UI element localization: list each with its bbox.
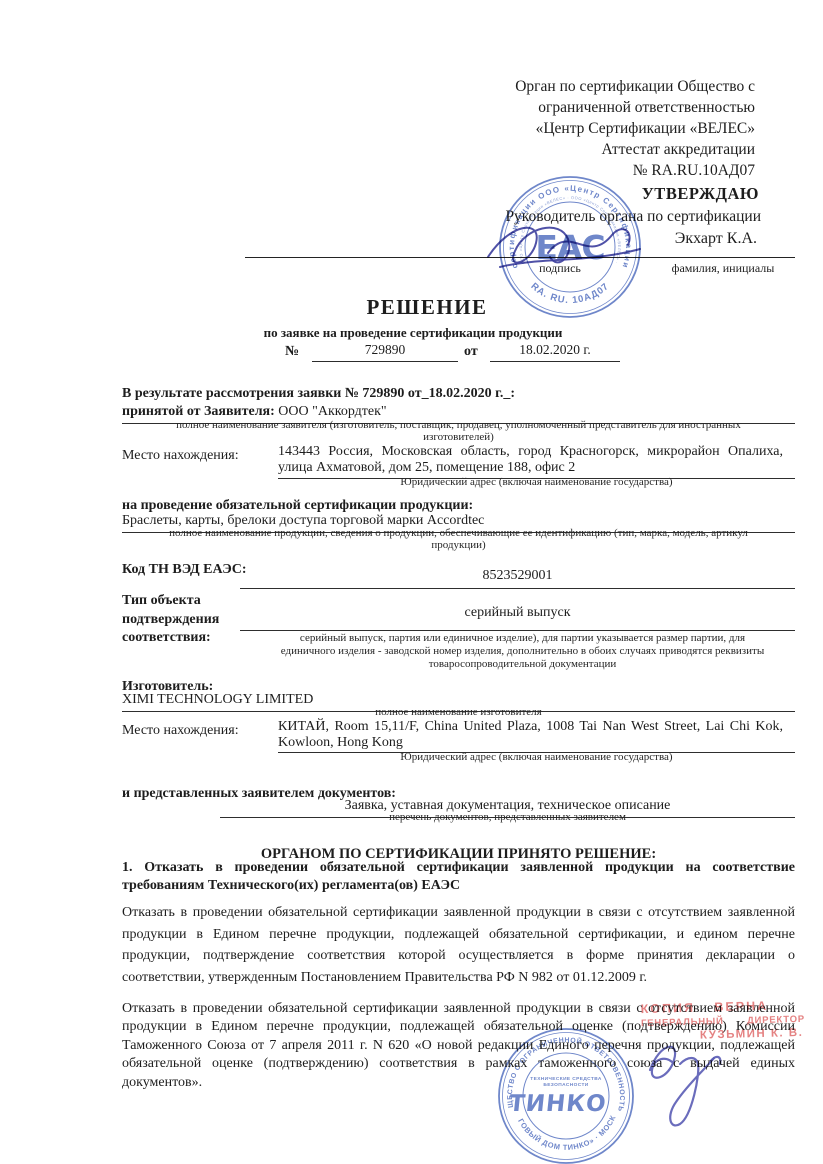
certification-body-line: Аттестат аккредитации <box>515 139 755 160</box>
tinko-company-round-stamp: ОБЩЕСТВО С ОГРАНИЧЕННОЙ ОТВЕТСТВЕННОСТЬЮ… <box>496 1026 636 1164</box>
approver-signature <box>470 205 660 290</box>
applicant-caption: полное наименование заявителя (изготовит… <box>122 420 795 443</box>
object-type-label: Тип объекта подтверждения соответствия: <box>122 592 242 648</box>
approve-label: УТВЕРЖДАЮ <box>642 184 759 204</box>
approver-name: Экхарт К.А. <box>675 230 757 248</box>
certification-body-line: Орган по сертификации Общество с <box>515 76 755 97</box>
decision-item-1: 1. Отказать в проведении обязательной се… <box>122 859 795 894</box>
manufacturer-location-field: КИТАЙ, Room 15,11/F, China United Plaza,… <box>278 719 795 753</box>
object-type-caption: серийный выпуск, партия или единичное из… <box>250 632 795 671</box>
documents-caption: перечень документов, представленных заяв… <box>220 812 795 824</box>
manufacturer-location-label: Место нахождения: <box>122 721 239 740</box>
application-date-field: 18.02.2020 г. <box>490 342 620 362</box>
application-number-field: 729890 <box>312 342 458 362</box>
tinko-logo: ТИНКО <box>508 1091 608 1117</box>
applicant-location-caption: Юридический адрес (включая наименование … <box>278 477 795 489</box>
applicant-location-field: 143443 Россия, Московская область, город… <box>278 444 795 479</box>
result-line: В результате рассмотрения заявки № 72989… <box>122 384 795 403</box>
applicant-location-value: 143443 Россия, Московская область, город… <box>278 444 783 476</box>
scanned-certification-decision-document: Орган по сертификации Общество с огранич… <box>0 0 823 1164</box>
date-label: от <box>464 344 478 360</box>
certification-body-block: Орган по сертификации Общество с огранич… <box>515 76 755 181</box>
manufacturer-location-caption: Юридический адрес (включая наименование … <box>278 752 795 764</box>
number-label: № <box>285 344 299 360</box>
stamp-center-small-text: ТЕХНИЧЕСКИЕ СРЕДСТВА <box>530 1076 602 1082</box>
copy-verified-label: КОПИЯ ВЕРНА <box>640 998 804 1016</box>
applicant-location-label: Место нахождения: <box>122 446 239 465</box>
document-subtitle: по заявке на проведение сертификации про… <box>122 325 704 341</box>
tnved-field: 8523529001 <box>240 566 795 589</box>
object-type-field: серийный выпуск <box>240 603 795 631</box>
name-caption: фамилия, инициалы <box>648 261 798 276</box>
product-caption: полное наименование продукции, сведения … <box>122 528 795 551</box>
decision-paragraph-1: Отказать в проведении обязательной серти… <box>122 902 795 988</box>
director-signature <box>622 1028 737 1138</box>
stamp-center-small-text: БЕЗОПАСНОСТИ <box>543 1082 588 1088</box>
manufacturer-location-value: КИТАЙ, Room 15,11/F, China United Plaza,… <box>278 719 783 751</box>
director-title-word: ДИРЕКТОР <box>747 1014 805 1027</box>
certification-body-line: «Центр Сертификации «ВЕЛЕС» <box>515 118 755 139</box>
applicant-label: принятой от Заявителя: <box>122 404 275 419</box>
applicant-value: ООО "Аккордтек" <box>278 404 386 419</box>
manufacturer-name-caption: полное наименование изготовителя <box>122 707 795 719</box>
certification-body-line: ограниченной ответственностью <box>515 97 755 118</box>
tnved-label: Код ТН ВЭД ЕАЭС: <box>122 560 247 579</box>
